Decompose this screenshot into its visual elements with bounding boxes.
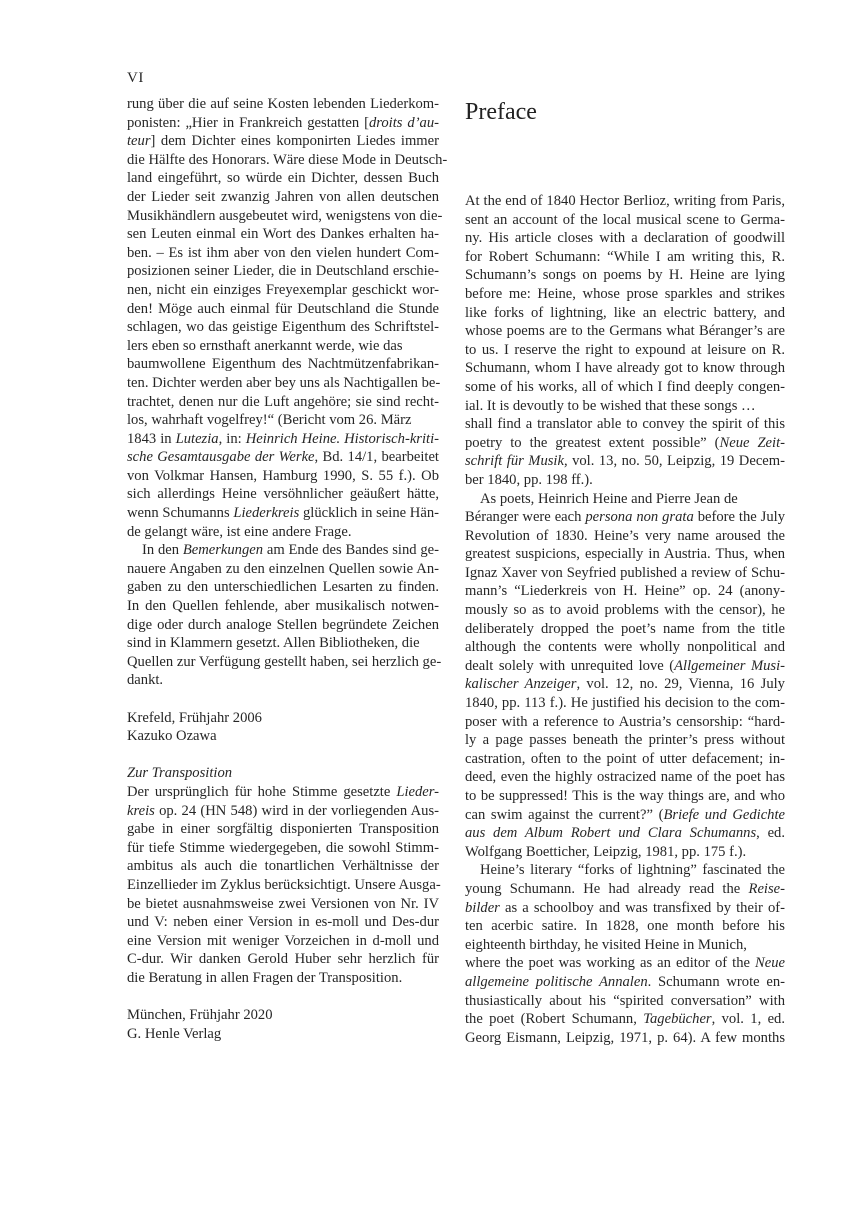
text-line: can swim against the current?” (Briefe u… [465, 806, 785, 825]
text-run: to us. I reserve the right to expound at… [465, 342, 785, 358]
page-number: VI [127, 70, 144, 87]
text-run: nen, nicht ein einziges Freyexemplar ges… [127, 282, 439, 298]
text-line: whose poems are to the Germans what Béra… [465, 322, 785, 341]
text-run: op. 24 (HN 548) wird in der vorliegenden… [155, 803, 439, 819]
text-line: Quellen zur Verfügung gestellt haben, se… [127, 653, 439, 672]
text-run: eighteenth birthday, he visited Heine in… [465, 937, 747, 953]
italic-text-run: aus dem Album Robert und Clara Schumanns [465, 825, 756, 841]
text-line: In den Bemerkungen am Ende des Bandes si… [127, 541, 439, 560]
text-line: As poets, Heinrich Heine and Pierre Jean… [465, 490, 785, 509]
text-run: ] dem Dichter eines komponirten Liedes i… [151, 133, 439, 149]
text-line: Wolfgang Boetticher, Leipzig, 1981, pp. … [465, 843, 785, 862]
text-run: glücklich in seine Hän- [299, 505, 439, 521]
text-run: ten acerbic satire. In 1828, one month b… [465, 918, 785, 934]
text-line: before me: Heine, whose prose sparkles a… [465, 285, 785, 304]
text-line: Ignaz Xaver von Seyfried published a rev… [465, 564, 785, 583]
text-line: sich allerdings Heine versöhnlicher geäu… [127, 485, 439, 504]
text-line: dealt solely with unrequited love (Allge… [465, 657, 785, 676]
text-run: , vol. 13, no. 50, Leipzig, 19 Decem- [564, 453, 785, 469]
text-line: sind in Klammern gesetzt. Allen Biblioth… [127, 634, 439, 653]
text-line: schrift für Musik, vol. 13, no. 50, Leip… [465, 452, 785, 471]
text-run: Heine’s literary “forks of lightning” fa… [480, 862, 785, 878]
text-line: Béranger were each persona non grata bef… [465, 508, 785, 527]
text-line: eine Version mit weniger Vorzeichen in d… [127, 932, 439, 951]
text-run: und V: neben einer Version in es-moll un… [127, 914, 439, 930]
italic-text-run: Heinrich Heine. Historisch-kriti- [246, 431, 439, 447]
text-run: sind in Klammern gesetzt. Allen Biblioth… [127, 635, 420, 651]
text-line: sent an account of the local musical sce… [465, 211, 785, 230]
text-run: ten. Dichter werden aber bey uns als Nac… [127, 375, 440, 391]
italic-text-run: Neue Zeit- [719, 435, 785, 451]
text-line: gaben zu den unterschiedlichen Lesarten … [127, 578, 439, 597]
text-line: shall find a translator able to convey t… [465, 415, 785, 434]
text-run: like forks of lightning, like an electri… [465, 305, 785, 321]
italic-text-run: Liederkreis [233, 505, 299, 521]
text-line: Schumann, whom I have already got to kno… [465, 359, 785, 378]
text-line: deed, even the highly ostracized name of… [465, 768, 785, 787]
text-run: die Hälfte des Honorars. Wäre diese Mode… [127, 152, 447, 168]
italic-text-run: kreis [127, 803, 155, 819]
italic-text-run: Neue [755, 955, 785, 971]
italic-text-run: Zur Transposition [127, 765, 232, 781]
left-column-german-text: rung über die auf seine Kosten lebenden … [127, 95, 439, 1043]
italic-text-run: sche Gesamtausgabe der Werke [127, 449, 315, 465]
text-run: mann’s “Liederkreis von H. Heine” op. 24… [465, 583, 785, 599]
text-run: G. Henle Verlag [127, 1026, 221, 1042]
text-line: allgemeine politische Annalen. Schumann … [465, 973, 785, 992]
text-run: Einzellieder im Zyklus berücksichtigt. U… [127, 877, 441, 893]
text-line: los, wahrhaft vogelfrey!“ (Bericht vom 2… [127, 411, 439, 430]
text-line: ber 1840, pp. 198 ff.). [465, 471, 785, 490]
text-run: München, Frühjahr 2020 [127, 1007, 273, 1023]
italic-text-run: kalischer Anzeiger [465, 676, 576, 692]
text-run: ben. – Es ist ihm aber von den vielen hu… [127, 245, 439, 261]
text-line: dankt. [127, 671, 439, 690]
text-line: like forks of lightning, like an electri… [465, 304, 785, 323]
text-run: 1843 in [127, 431, 176, 447]
text-line: kreis op. 24 (HN 548) wird in der vorlie… [127, 802, 439, 821]
text-run: land eingeführt, so würde ein Dichter, d… [127, 170, 439, 186]
text-line: der Lieder seit zwanzig Jahren von allen… [127, 188, 439, 207]
italic-text-run: Reise- [749, 881, 785, 897]
text-line: Der ursprünglich für hohe Stimme gesetzt… [127, 783, 439, 802]
text-line: Zur Transposition [127, 764, 439, 783]
text-run: für tiefe Stimme wiedergegeben, die sowo… [127, 840, 439, 856]
text-run: Ignaz Xaver von Seyfried published a rev… [465, 565, 785, 581]
text-run: Schumann’s songs on poems by H. Heine ar… [465, 267, 785, 283]
text-line: ten. Dichter werden aber bey uns als Nac… [127, 374, 439, 393]
text-line: poetry to the greatest extent possible” … [465, 434, 785, 453]
text-line: to be suppressed! This is the way things… [465, 787, 785, 806]
italic-text-run: Lieder- [396, 784, 439, 800]
text-run: mously so as to avoid problems with the … [465, 602, 785, 618]
text-run: Schumann, whom I have already got to kno… [465, 360, 785, 376]
text-run: castration, often to the point of utter … [465, 751, 785, 767]
text-line: where the poet was working as an editor … [465, 954, 785, 973]
text-line: teur] dem Dichter eines komponirten Lied… [127, 132, 439, 151]
text-run: whose poems are to the Germans what Béra… [465, 323, 785, 339]
text-run: Quellen zur Verfügung gestellt haben, se… [127, 654, 441, 670]
text-run: , vol. 1, ed. [712, 1011, 785, 1027]
text-line: be bietet ausnahmsweise zwei Versionen v… [127, 895, 439, 914]
text-line: Heine’s literary “forks of lightning” fa… [465, 861, 785, 880]
text-run: rung über die auf seine Kosten lebenden … [127, 96, 439, 112]
text-run: deliberately dropped the poet’s name fro… [465, 621, 785, 637]
text-run: although the contents were wholly nonpol… [465, 639, 785, 655]
text-run: sich allerdings Heine versöhnlicher geäu… [127, 486, 439, 502]
text-run: Wolfgang Boetticher, Leipzig, 1981, pp. … [465, 844, 746, 860]
text-line: At the end of 1840 Hector Berlioz, writi… [465, 192, 785, 211]
text-line: von Volkmar Hansen, Hamburg 1990, S. 55 … [127, 467, 439, 486]
text-line: die Beratung in allen Fragen der Transpo… [127, 969, 439, 988]
text-line: bilder as a schoolboy and was transfixed… [465, 899, 785, 918]
text-line: ambitus als auch die tonartlichen Verhäl… [127, 857, 439, 876]
text-run: as a schoolboy and was transfixed by the… [500, 900, 785, 916]
text-line: ten acerbic satire. In 1828, one month b… [465, 917, 785, 936]
italic-text-run: Bemerkungen [183, 542, 263, 558]
text-run: young Schumann. He had already read the [465, 881, 749, 897]
text-line: 1840, pp. 113 f.). He justified his deci… [465, 694, 785, 713]
blank-line [127, 690, 439, 709]
text-run: der Lieder seit zwanzig Jahren von allen… [127, 189, 439, 205]
text-line: ly a page passes beneath the printer’s p… [465, 731, 785, 750]
text-run: sent an account of the local musical sce… [465, 212, 785, 228]
text-line: baumwollene Eigenthum des Nachtmützenfab… [127, 355, 439, 374]
text-line: mously so as to avoid problems with the … [465, 601, 785, 620]
text-run: to be suppressed! This is the way things… [465, 788, 785, 804]
right-column-preface-text: At the end of 1840 Hector Berlioz, writi… [465, 192, 785, 1047]
text-run: schlagen, wo das geistige Eigenthum des … [127, 319, 439, 335]
text-run: dankt. [127, 672, 163, 688]
text-line: to us. I reserve the right to expound at… [465, 341, 785, 360]
text-run: von Volkmar Hansen, Hamburg 1990, S. 55 … [127, 468, 439, 484]
text-run: gaben zu den unterschiedlichen Lesarten … [127, 579, 439, 595]
text-line: for Robert Schumann: “While I am writing… [465, 248, 785, 267]
text-run: Georg Eismann, Leipzig, 1971, p. 64). A … [465, 1030, 785, 1046]
text-line: although the contents were wholly nonpol… [465, 638, 785, 657]
text-line: In den Quellen fehlende, aber musikalisc… [127, 597, 439, 616]
text-run: baumwollene Eigenthum des Nachtmützenfab… [127, 356, 439, 372]
text-run: can swim against the current?” ( [465, 807, 663, 823]
text-run: nauere Angaben zu den einzelnen Quellen … [127, 561, 439, 577]
text-line: Einzellieder im Zyklus berücksichtigt. U… [127, 876, 439, 895]
text-line: Krefeld, Frühjahr 2006 [127, 709, 439, 728]
text-line: Georg Eismann, Leipzig, 1971, p. 64). A … [465, 1029, 785, 1048]
text-run: Der ursprünglich für hohe Stimme gesetzt… [127, 784, 396, 800]
text-run: posizionen seiner Lieder, die in Deutsch… [127, 263, 439, 279]
text-run: . Schumann wrote en- [648, 974, 785, 990]
italic-text-run: schrift für Musik [465, 453, 564, 469]
text-line: 1843 in Lutezia, in: Heinrich Heine. His… [127, 430, 439, 449]
text-line: ny. His article closes with a declaratio… [465, 229, 785, 248]
text-run: wenn Schumanns [127, 505, 233, 521]
text-line: de gelangt wäre, ist eine andere Frage. [127, 523, 439, 542]
text-run: Revolution of 1830. Heine’s very name ar… [465, 528, 785, 544]
text-run: 1840, pp. 113 f.). He justified his deci… [465, 695, 785, 711]
text-run: trachtet, denen nur die Luft angehöre; s… [127, 394, 439, 410]
text-run: ponisten: „Hier in Frankreich gestatten … [127, 115, 369, 131]
text-line: sen Leuten einmal ein Wort des Dankes er… [127, 225, 439, 244]
blank-line [127, 746, 439, 765]
preface-heading: Preface [465, 97, 537, 127]
text-line: kalischer Anzeiger, vol. 12, no. 29, Vie… [465, 675, 785, 694]
text-run: die Beratung in allen Fragen der Transpo… [127, 970, 402, 986]
text-run: ly a page passes beneath the printer’s p… [465, 732, 785, 748]
text-run: den! Möge auch einmal für Deutschland di… [127, 301, 439, 317]
text-run: for Robert Schumann: “While I am writing… [465, 249, 785, 265]
text-run: dealt solely with unrequited love ( [465, 658, 674, 674]
text-run: , in: [219, 431, 246, 447]
text-run: de gelangt wäre, ist eine andere Frage. [127, 524, 351, 540]
italic-text-run: teur [127, 133, 151, 149]
text-line: greatest suspicions, especially in Austr… [465, 545, 785, 564]
text-run: gabe in einer sorgfältig disponierten Tr… [127, 821, 439, 837]
text-line: Schumann’s songs on poems by H. Heine ar… [465, 266, 785, 285]
text-run: shall find a translator able to convey t… [465, 416, 785, 432]
text-run: los, wahrhaft vogelfrey!“ (Bericht vom 2… [127, 412, 411, 428]
text-line: G. Henle Verlag [127, 1025, 439, 1044]
text-run: greatest suspicions, especially in Austr… [465, 546, 785, 562]
text-run: Kazuko Ozawa [127, 728, 217, 744]
italic-text-run: persona non grata [585, 509, 693, 525]
text-line: dige oder durch analoge Stellen begründe… [127, 616, 439, 635]
text-run: In den Quellen fehlende, aber musikalisc… [127, 598, 439, 614]
italic-text-run: Briefe und Gedichte [663, 807, 785, 823]
text-run: Musikhändlern ausgebeutet wird, wenigste… [127, 208, 442, 224]
text-run: As poets, Heinrich Heine and Pierre Jean… [480, 491, 738, 507]
text-line: sche Gesamtausgabe der Werke, Bd. 14/1, … [127, 448, 439, 467]
text-line: trachtet, denen nur die Luft angehöre; s… [127, 393, 439, 412]
text-run: C-dur. Wir danken Gerold Huber sehr herz… [127, 951, 439, 967]
italic-text-run: allgemeine politische Annalen [465, 974, 648, 990]
italic-text-run: Allgemeiner Musi- [674, 658, 785, 674]
text-line: aus dem Album Robert und Clara Schumanns… [465, 824, 785, 843]
text-line: München, Frühjahr 2020 [127, 1006, 439, 1025]
text-line: Revolution of 1830. Heine’s very name ar… [465, 527, 785, 546]
text-line: nauere Angaben zu den einzelnen Quellen … [127, 560, 439, 579]
text-run: ber 1840, pp. 198 ff.). [465, 472, 593, 488]
text-line: ponisten: „Hier in Frankreich gestatten … [127, 114, 439, 133]
text-run: ny. His article closes with a declaratio… [465, 230, 785, 246]
text-run: , ed. [756, 825, 785, 841]
text-line: some of his works, all of which I find d… [465, 378, 785, 397]
text-line: schlagen, wo das geistige Eigenthum des … [127, 318, 439, 337]
text-line: thusiastically about his “spirited conve… [465, 992, 785, 1011]
text-line: ben. – Es ist ihm aber von den vielen hu… [127, 244, 439, 263]
text-run: At the end of 1840 Hector Berlioz, writi… [465, 193, 785, 209]
text-run: Krefeld, Frühjahr 2006 [127, 710, 262, 726]
text-line: the poet (Robert Schumann, Tagebücher, v… [465, 1010, 785, 1029]
text-run: am Ende des Bandes sind ge- [263, 542, 439, 558]
italic-text-run: bilder [465, 900, 500, 916]
text-line: posizionen seiner Lieder, die in Deutsch… [127, 262, 439, 281]
text-line: Musikhändlern ausgebeutet wird, wenigste… [127, 207, 439, 226]
text-run: before the July [694, 509, 785, 525]
italic-text-run: droits d’au- [369, 115, 439, 131]
text-run: deed, even the highly ostracized name of… [465, 769, 785, 785]
text-run: , vol. 12, no. 29, Vienna, 16 July [576, 676, 785, 692]
text-line: den! Möge auch einmal für Deutschland di… [127, 300, 439, 319]
text-run: eine Version mit weniger Vorzeichen in d… [127, 933, 439, 949]
text-run: poser with a reference to Austria’s cens… [465, 714, 785, 730]
text-run: ial. It is devoutly to be wished that th… [465, 398, 756, 414]
text-line: wenn Schumanns Liederkreis glücklich in … [127, 504, 439, 523]
text-line: rung über die auf seine Kosten lebenden … [127, 95, 439, 114]
text-line: castration, often to the point of utter … [465, 750, 785, 769]
text-run: be bietet ausnahmsweise zwei Versionen v… [127, 896, 439, 912]
italic-text-run: Tagebücher [643, 1011, 711, 1027]
text-run: , Bd. 14/1, bearbeitet [315, 449, 439, 465]
text-run: Béranger were each [465, 509, 585, 525]
text-line: gabe in einer sorgfältig disponierten Tr… [127, 820, 439, 839]
text-run: poetry to the greatest extent possible” … [465, 435, 719, 451]
text-line: eighteenth birthday, he visited Heine in… [465, 936, 785, 955]
text-line: mann’s “Liederkreis von H. Heine” op. 24… [465, 582, 785, 601]
text-run: dige oder durch analoge Stellen begründe… [127, 617, 439, 633]
text-run: ambitus als auch die tonartlichen Verhäl… [127, 858, 439, 874]
text-run: lers eben so ernsthaft anerkannt werde, … [127, 338, 403, 354]
text-line: für tiefe Stimme wiedergegeben, die sowo… [127, 839, 439, 858]
text-run: some of his works, all of which I find d… [465, 379, 785, 395]
text-line: deliberately dropped the poet’s name fro… [465, 620, 785, 639]
text-line: ial. It is devoutly to be wished that th… [465, 397, 785, 416]
text-run: thusiastically about his “spirited conve… [465, 993, 785, 1009]
text-line: nen, nicht ein einziges Freyexemplar ges… [127, 281, 439, 300]
text-run: where the poet was working as an editor … [465, 955, 755, 971]
italic-text-run: Lutezia [176, 431, 219, 447]
text-line: und V: neben einer Version in es-moll un… [127, 913, 439, 932]
blank-line [127, 988, 439, 1007]
text-line: land eingeführt, so würde ein Dichter, d… [127, 169, 439, 188]
text-run: sen Leuten einmal ein Wort des Dankes er… [127, 226, 439, 242]
text-run: In den [142, 542, 183, 558]
text-run: the poet (Robert Schumann, [465, 1011, 643, 1027]
text-line: poser with a reference to Austria’s cens… [465, 713, 785, 732]
text-line: Kazuko Ozawa [127, 727, 439, 746]
text-line: C-dur. Wir danken Gerold Huber sehr herz… [127, 950, 439, 969]
text-run: before me: Heine, whose prose sparkles a… [465, 286, 785, 302]
text-line: lers eben so ernsthaft anerkannt werde, … [127, 337, 439, 356]
text-line: die Hälfte des Honorars. Wäre diese Mode… [127, 151, 439, 170]
text-line: young Schumann. He had already read the … [465, 880, 785, 899]
